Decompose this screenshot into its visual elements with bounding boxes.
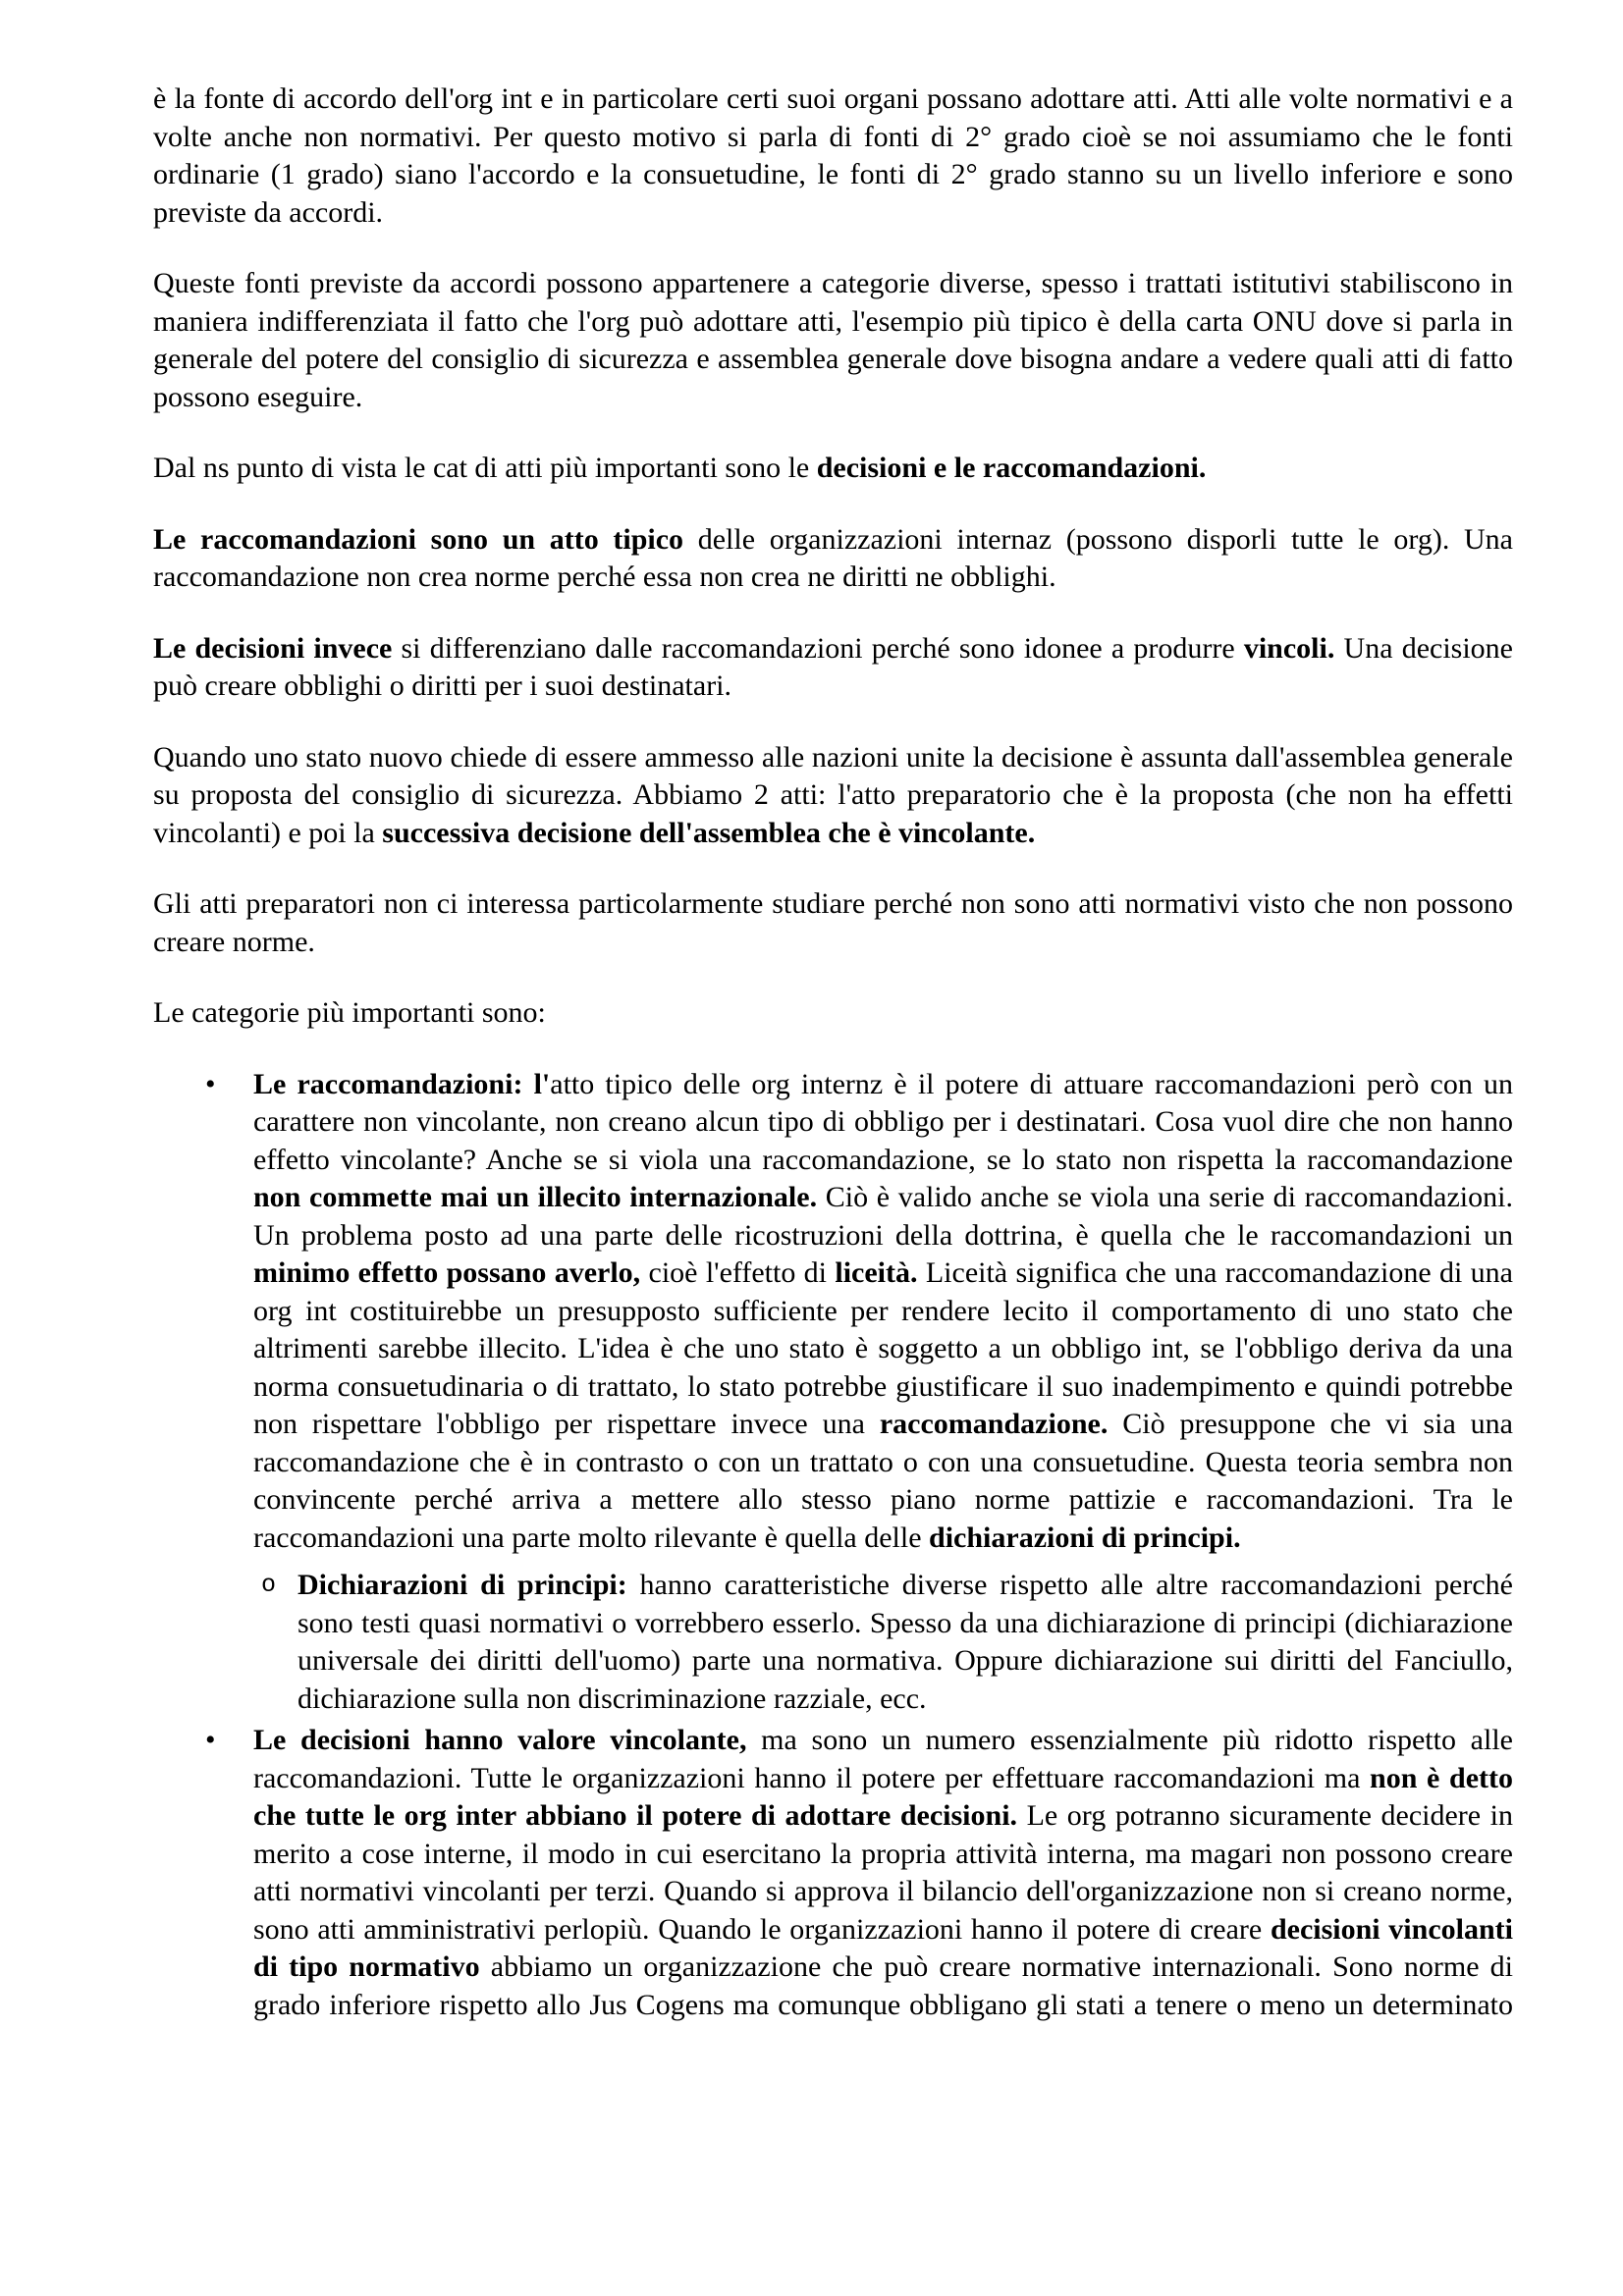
paragraph: Quando uno stato nuovo chiede di essere … [153, 739, 1513, 853]
text-run: Dichiarazioni di principi: [298, 1569, 627, 1601]
circle-bullet-icon: o [261, 1567, 276, 1605]
text-run: vincoli. [1244, 632, 1335, 665]
text-run: Le categorie più importanti sono: [153, 996, 546, 1029]
text-run: cioè l'effetto di [640, 1256, 835, 1289]
text-run: liceità. [835, 1256, 917, 1289]
text-run: Dal ns punto di vista le cat di atti più… [153, 452, 817, 484]
text-run: Le raccomandazioni sono un atto tipico [153, 523, 683, 556]
paragraph: Le raccomandazioni sono un atto tipico d… [153, 521, 1513, 597]
list-item: •Le raccomandazioni: l'atto tipico delle… [153, 1066, 1513, 1558]
document-page: è la fonte di accordo dell'org int e in … [0, 0, 1623, 2296]
text-run: Gli atti preparatori non ci interessa pa… [153, 887, 1513, 958]
text-run: Queste fonti previste da accordi possono… [153, 267, 1513, 413]
text-run: è la fonte di accordo dell'org int e in … [153, 82, 1513, 229]
paragraph: Dal ns punto di vista le cat di atti più… [153, 450, 1513, 488]
paragraph: Gli atti preparatori non ci interessa pa… [153, 885, 1513, 961]
paragraph: è la fonte di accordo dell'org int e in … [153, 80, 1513, 232]
list-item: •Le decisioni hanno valore vincolante, m… [153, 1722, 1513, 2024]
document-body: è la fonte di accordo dell'org int e in … [153, 80, 1513, 2024]
text-run: raccomandazione. [880, 1408, 1108, 1440]
text-run: Le raccomandazioni: l' [253, 1068, 550, 1100]
text-run: successiva decisione dell'assemblea che … [382, 817, 1035, 849]
text-run: non commette mai un illecito internazion… [253, 1181, 817, 1213]
text-run: Le decisioni invece [153, 632, 392, 665]
paragraph: Le decisioni invece si differenziano dal… [153, 630, 1513, 706]
text-run: si differenziano dalle raccomandazioni p… [392, 632, 1244, 665]
text-run: dichiarazioni di principi. [929, 1522, 1241, 1554]
text-run: decisioni e le raccomandazioni. [817, 452, 1207, 484]
text-run: minimo effetto possano averlo, [253, 1256, 640, 1289]
paragraph: Le categorie più importanti sono: [153, 994, 1513, 1033]
bullet-icon: • [205, 1066, 216, 1104]
text-run: Le decisioni hanno valore vincolante, [253, 1724, 746, 1756]
bullet-icon: • [205, 1722, 216, 1760]
paragraph: Queste fonti previste da accordi possono… [153, 265, 1513, 416]
list-item: oDichiarazioni di principi: hanno caratt… [153, 1567, 1513, 1718]
